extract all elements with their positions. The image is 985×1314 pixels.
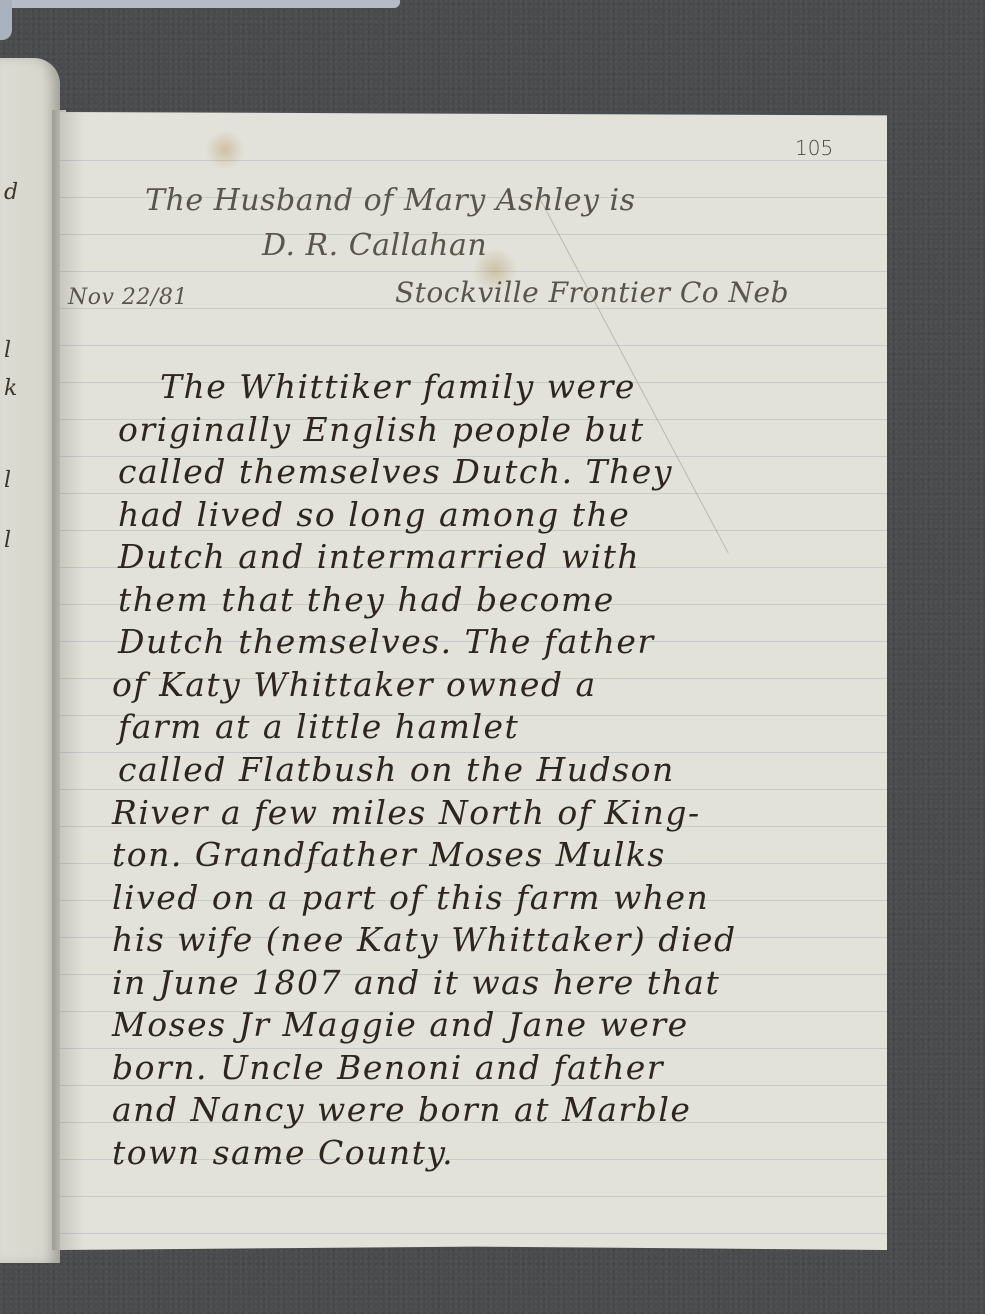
body-line: his wife (nee Katy Whittaker) died: [112, 920, 737, 959]
body-line: Dutch and intermarried with: [118, 537, 640, 576]
body-line: had lived so long among the: [118, 495, 630, 534]
stain: [205, 130, 245, 170]
left-page-fragment: l: [4, 528, 11, 553]
cloth-edge: [0, 0, 400, 8]
header-line-1: The Husband of Mary Ashley is: [145, 183, 636, 218]
body-line: Moses Jr Maggie and Jane were: [112, 1005, 689, 1044]
body-line: called Flatbush on the Hudson: [118, 750, 675, 789]
body-line: Dutch themselves. The father: [118, 622, 655, 661]
body-line: town same County.: [112, 1133, 454, 1172]
body-line: The Whittiker family were: [160, 367, 636, 406]
left-page-edge: d l k l l: [0, 58, 60, 1263]
body-line: farm at a little hamlet: [118, 707, 519, 746]
body-line: in June 1807 and it was here that: [112, 963, 720, 1002]
entry-location: Stockville Frontier Co Neb: [395, 276, 789, 309]
header-line-2: D. R. Callahan: [262, 228, 487, 263]
body-line: lived on a part of this farm when: [112, 878, 709, 917]
body-line: ton. Grandfather Moses Mulks: [112, 835, 666, 874]
body-line: them that they had become: [118, 580, 615, 619]
body-line: and Nancy were born at Marble: [112, 1090, 691, 1129]
page-number: 105: [795, 136, 833, 160]
left-page-fragment: k: [4, 376, 17, 401]
left-page-fragment: l: [4, 468, 11, 493]
entry-date: Nov 22/81: [68, 285, 188, 310]
cloth-corner: [0, 0, 12, 40]
page-shadow: [60, 112, 84, 1250]
body-line: River a few miles North of King-: [112, 793, 701, 832]
left-page-fragment: d: [4, 180, 18, 205]
left-page-fragment: l: [4, 338, 11, 363]
body-line: of Katy Whittaker owned a: [112, 665, 597, 704]
body-line: originally English people but: [118, 410, 645, 449]
body-line: called themselves Dutch. They: [118, 452, 673, 491]
body-line: born. Uncle Benoni and father: [112, 1048, 664, 1087]
